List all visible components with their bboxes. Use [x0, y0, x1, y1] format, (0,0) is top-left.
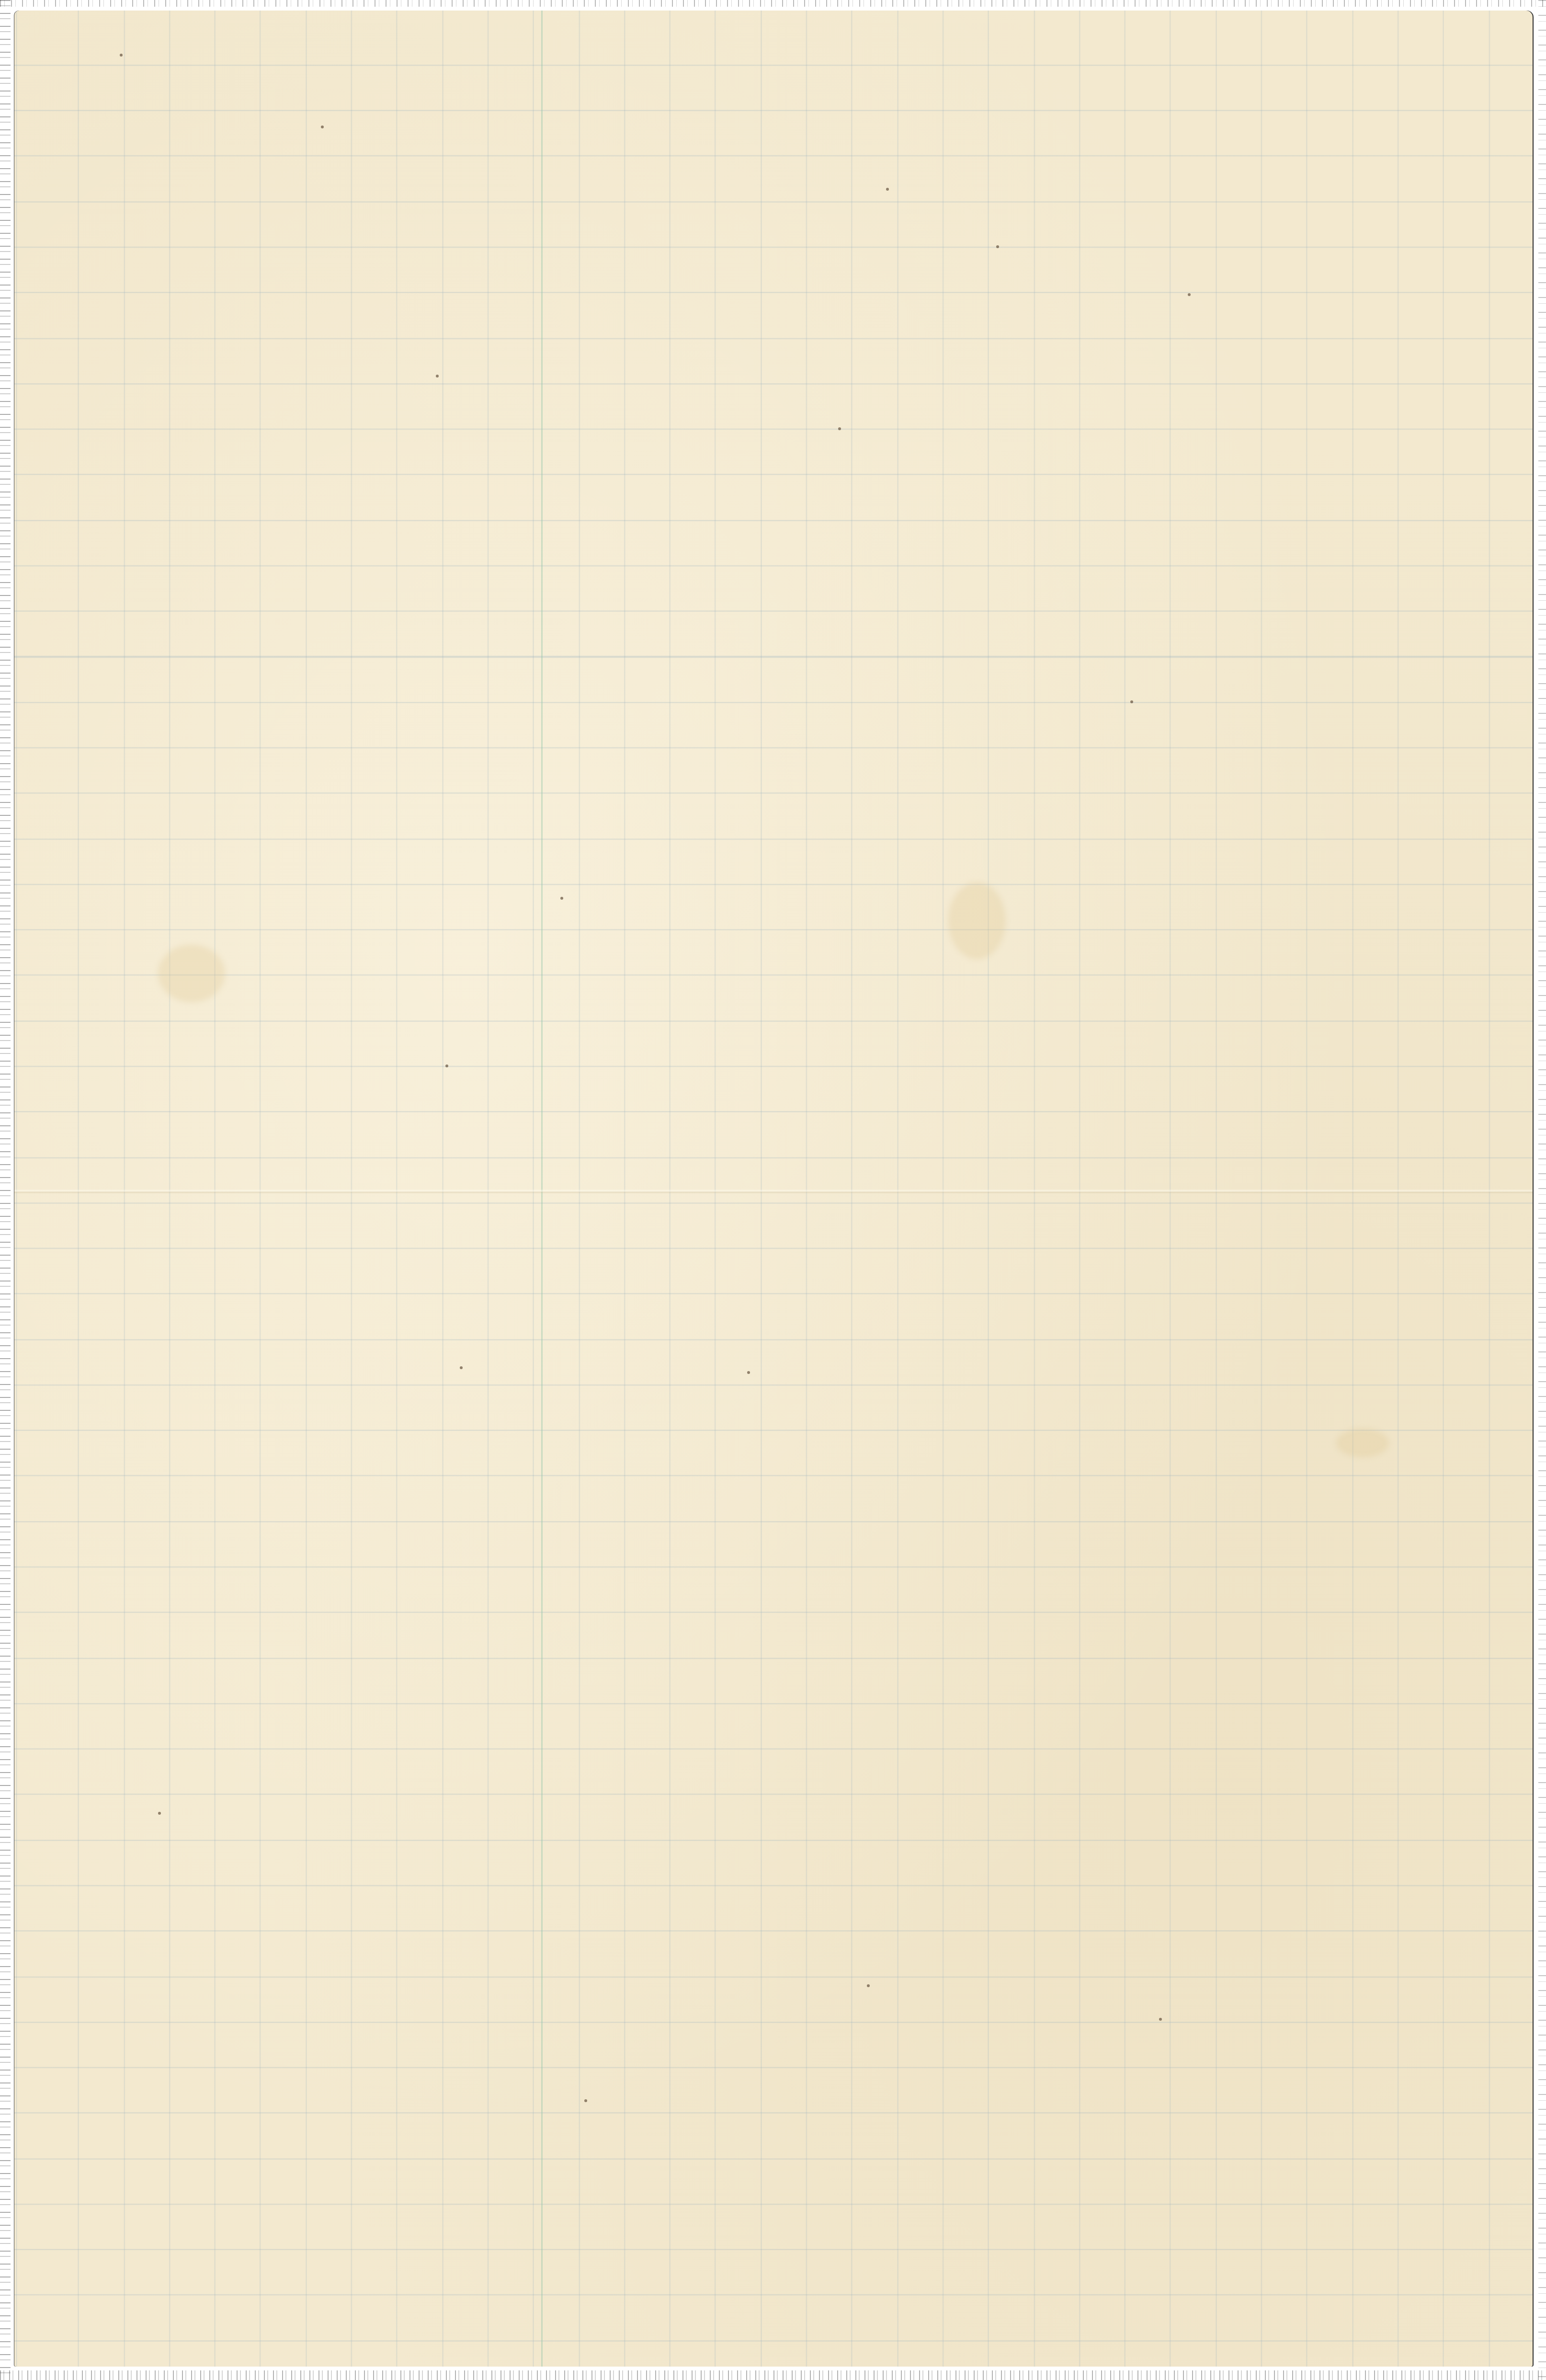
scan-edge-noise-left: [0, 0, 11, 2380]
paper-speck: [158, 1812, 161, 1815]
paper-stain: [158, 945, 225, 1002]
paper-speck: [436, 375, 439, 378]
paper-speck: [838, 427, 841, 430]
scan-edge-noise-top: [0, 0, 1546, 7]
paper-sheet: blank squared (graph) paper sheet: [14, 11, 1533, 2367]
paper-speck: [886, 188, 889, 191]
paper-speck: [1188, 293, 1191, 296]
paper-speck: [321, 126, 324, 128]
graph-grid: [14, 11, 1533, 2367]
paper-speck: [747, 1371, 750, 1374]
paper-speck: [560, 897, 563, 900]
paper-speck: [120, 54, 123, 57]
paper-speck: [445, 1064, 448, 1067]
paper-speck: [867, 1984, 870, 1987]
fold-crease: [14, 1189, 1533, 1194]
margin-line: [541, 11, 543, 2367]
paper-stain: [1336, 1429, 1389, 1457]
paper-speck: [460, 1366, 463, 1369]
paper-speck: [1159, 2018, 1162, 2021]
paper-speck: [584, 2099, 587, 2102]
paper-stain: [948, 882, 1006, 959]
scan-edge-noise-right: [1538, 0, 1546, 2380]
paper-speck: [1130, 700, 1133, 703]
scan-edge-noise-bottom: [0, 2370, 1546, 2380]
paper-speck: [996, 245, 999, 248]
